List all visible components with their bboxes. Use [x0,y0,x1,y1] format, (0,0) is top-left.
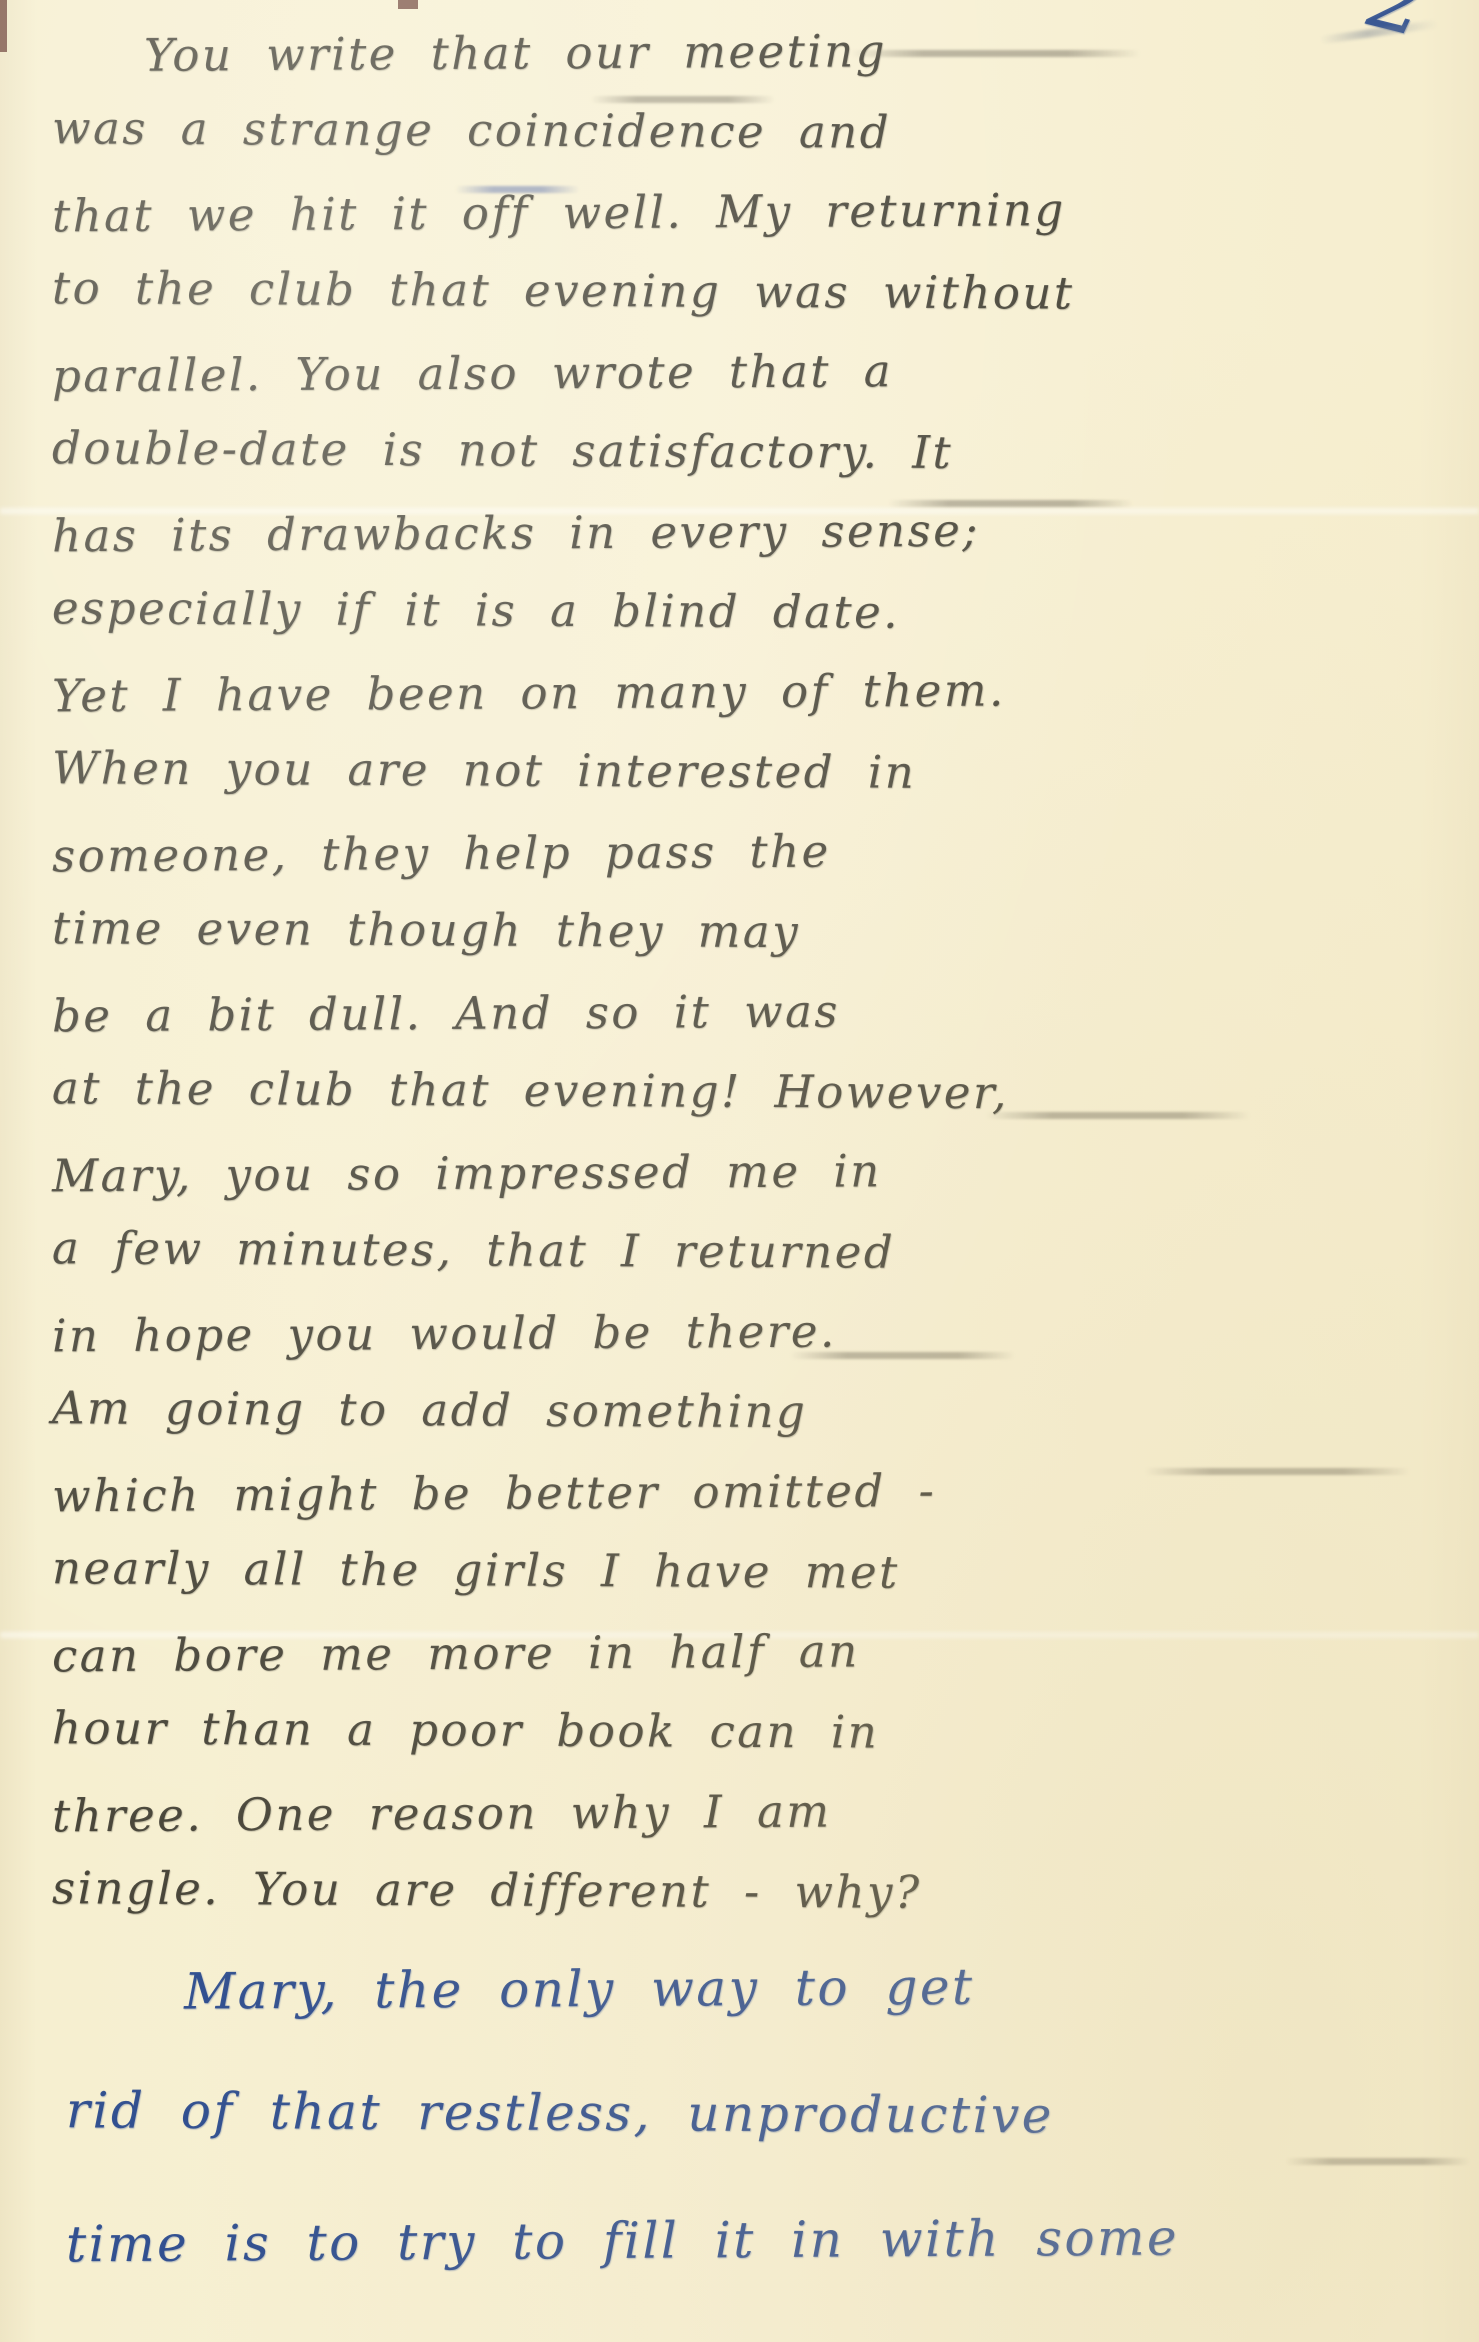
letter-line: time is to try to fill it in with some [66,2173,1479,2308]
pencil-smudge [455,186,580,193]
letter-line: Mary, the only way to get [66,1921,1479,2056]
letter-line: Yet I have been on many of them. [52,648,1479,737]
pencil-smudge [1145,1468,1410,1475]
pencil-smudge [1285,2158,1470,2165]
letter-line: especially if it is a blind date. [52,568,1479,655]
letter-line: three. One reason why I am [52,1768,1479,1857]
letter-line: has its drawbacks in every sense; [52,488,1479,577]
letter-page: 2 You write that our meeting was a stran… [0,0,1479,2342]
letter-line: double-date is not satisfactory. It [52,408,1479,495]
letter-line: can bore me more in half an [52,1608,1479,1697]
letter-line: a few minutes, that I returned [52,1208,1479,1295]
letter-line: someone, they help pass the [52,808,1479,897]
letter-line: in hope you would be there. [52,1288,1479,1377]
letter-line: to the club that evening was without [52,248,1479,335]
letter-line: You write that our meeting [52,8,1479,97]
letter-line: Am going to add something [52,1368,1479,1455]
letter-line: be a bit dull. And so it was [52,968,1479,1057]
letter-line: nearly all the girls I have met [52,1528,1479,1615]
letter-line: at the club that evening! However, [52,1048,1479,1135]
letter-line: that we hit it off well. My returning [52,168,1479,257]
pencil-smudge [888,500,1133,507]
letter-line: Mary, you so impressed me in [52,1128,1479,1217]
scan-artifact [398,0,418,9]
letter-line: parallel. You also wrote that a [52,328,1479,417]
letter-body-blue-ink: Mary, the only way to get rid of that re… [0,1925,1479,2303]
pencil-smudge [790,1352,1015,1359]
letter-line: When you are not interested in [52,728,1479,815]
pencil-smudge [985,1112,1250,1119]
letter-line: which might be better omitted - [52,1448,1479,1537]
letter-line: rid of that restless, unproductive [66,2047,1479,2180]
letter-line: hour than a poor book can in [52,1688,1479,1775]
pencil-smudge [590,96,775,103]
letter-line: time even though they may [52,888,1479,975]
pencil-smudge [850,50,1140,57]
letter-body-black-ink: You write that our meeting was a strange… [0,12,1479,1932]
